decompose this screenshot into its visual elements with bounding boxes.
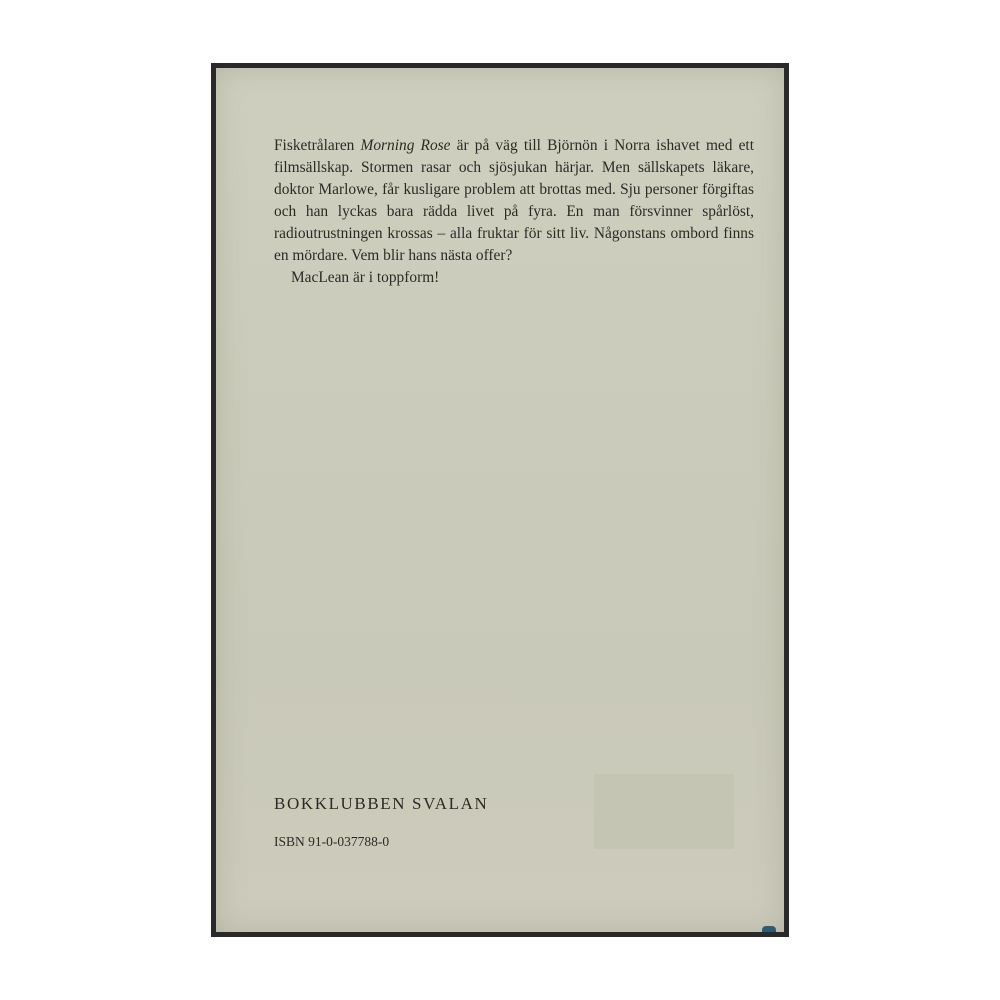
corner-wear-mark: [762, 926, 776, 932]
isbn-number: ISBN 91-0-037788-0: [274, 834, 389, 850]
ship-name: Morning Rose: [361, 137, 451, 154]
blurb-text: Fisketrålaren Morning Rose är på väg til…: [274, 135, 754, 289]
blurb-start: Fisketrålaren: [274, 137, 361, 154]
cover-surface: Fisketrålaren Morning Rose är på väg til…: [216, 68, 784, 932]
blurb-paragraph-1: Fisketrålaren Morning Rose är på väg til…: [274, 135, 754, 267]
book-back-cover: Fisketrålaren Morning Rose är på väg til…: [211, 63, 789, 937]
price-sticker-residue: [594, 774, 734, 849]
blurb-paragraph-2: MacLean är i toppform!: [274, 267, 754, 289]
publisher-name: BOKKLUBBEN SVALAN: [274, 794, 488, 814]
blurb-rest: är på väg till Björnön i Norra ishavet m…: [274, 137, 754, 264]
